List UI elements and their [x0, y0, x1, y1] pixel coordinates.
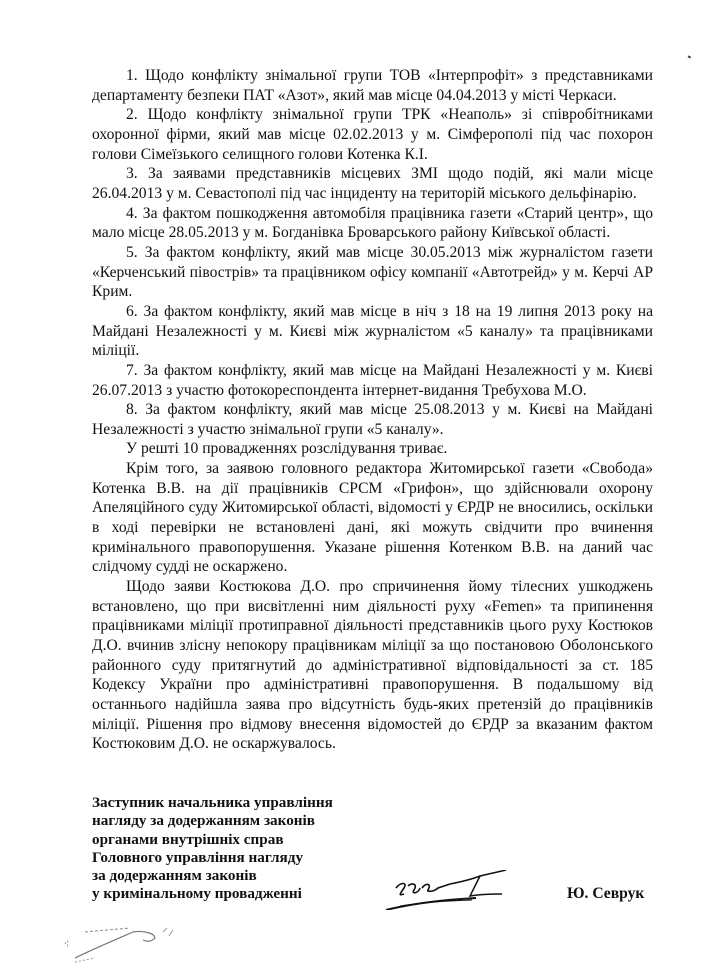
paragraph-item-3: 3. За заявами представників місцевих ЗМІ… — [92, 164, 653, 203]
paragraph-item-7: 7. За фактом конфлікту, який мав місце н… — [92, 361, 653, 400]
signatory-title-line: нагляду за додержанням законів — [92, 812, 392, 830]
signatory-title-line: органами внутрішніх справ — [92, 831, 392, 849]
paragraph-item-1: 1. Щодо конфлікту знімальної групи ТОВ «… — [92, 66, 653, 105]
paragraph-item-2: 2. Щодо конфлікту знімальної групи ТРК «… — [92, 105, 653, 164]
signatory-title-line: за додержанням законів — [92, 867, 392, 885]
paragraph-item-6: 6. За фактом конфлікту, який мав місце в… — [92, 302, 653, 361]
document-body: 1. Щодо конфлікту знімальної групи ТОВ «… — [92, 66, 653, 754]
paragraph-item-4: 4. За фактом пошкодження автомобіля прац… — [92, 204, 653, 243]
paragraph-item-5: 5. За фактом конфлікту, який мав місце 3… — [92, 243, 653, 302]
faint-initials-icon — [55, 918, 185, 963]
paragraph-remaining-investigations: У решті 10 провадженнях розслідування тр… — [92, 439, 653, 459]
signatory-title-line: у кримінальному провадженні — [92, 885, 392, 903]
paragraph-item-8: 8. За фактом конфлікту, який мав місце 2… — [92, 400, 653, 439]
signer-name: Ю. Севрук — [567, 885, 644, 903]
handwritten-signature-icon — [380, 870, 510, 910]
paragraph-svoboda-statement: Крім того, за заявою головного редактора… — [92, 459, 653, 577]
signatory-title-line: Заступник начальника управління — [92, 794, 392, 812]
signatory-title-line: Головного управління нагляду — [92, 849, 392, 867]
scan-mark — [688, 55, 691, 58]
paragraph-kostyukov-statement: Щодо заяви Костюкова Д.О. про спричиненн… — [92, 577, 653, 754]
document-page: 1. Щодо конфлікту знімальної групи ТОВ «… — [0, 0, 707, 973]
signatory-title-block: Заступник начальника управління нагляду … — [92, 794, 392, 904]
